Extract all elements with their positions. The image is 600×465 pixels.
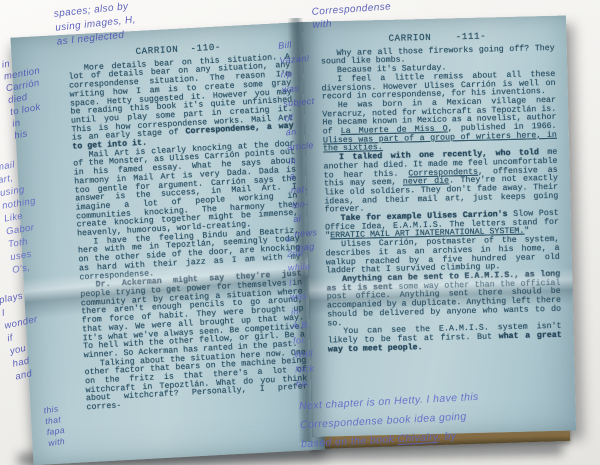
paragraph: Anything can be sent to E.A.M.I.S., as l… — [326, 271, 561, 329]
paragraph: You can see the E.A.M.I.S. system isn't … — [328, 323, 563, 355]
right-page: CARRION -111- Why are all those firework… — [302, 16, 576, 437]
paragraph: More details bear on this situation. A l… — [68, 53, 294, 152]
paragraph: Mail Art is clearly knocking at the door… — [73, 140, 299, 239]
paragraph: I talked with one recently, who told me … — [323, 149, 558, 216]
paragraph: Talking about the situation here now. On… — [84, 349, 308, 413]
right-page-header: CARRION -111- — [320, 31, 554, 45]
left-page: CARRION -110- More details bear on this … — [10, 22, 325, 465]
paragraph: Dr. Ackerman might say they're just peop… — [80, 271, 306, 361]
left-page-typed-text: CARRION -110- More details bear on this … — [67, 40, 308, 413]
paragraph: He was born in a Mexican village near Ve… — [322, 97, 557, 155]
right-page-typed-text: CARRION -111- Why are all those firework… — [320, 31, 562, 355]
photo-background: CARRION -110- More details bear on this … — [0, 0, 600, 465]
